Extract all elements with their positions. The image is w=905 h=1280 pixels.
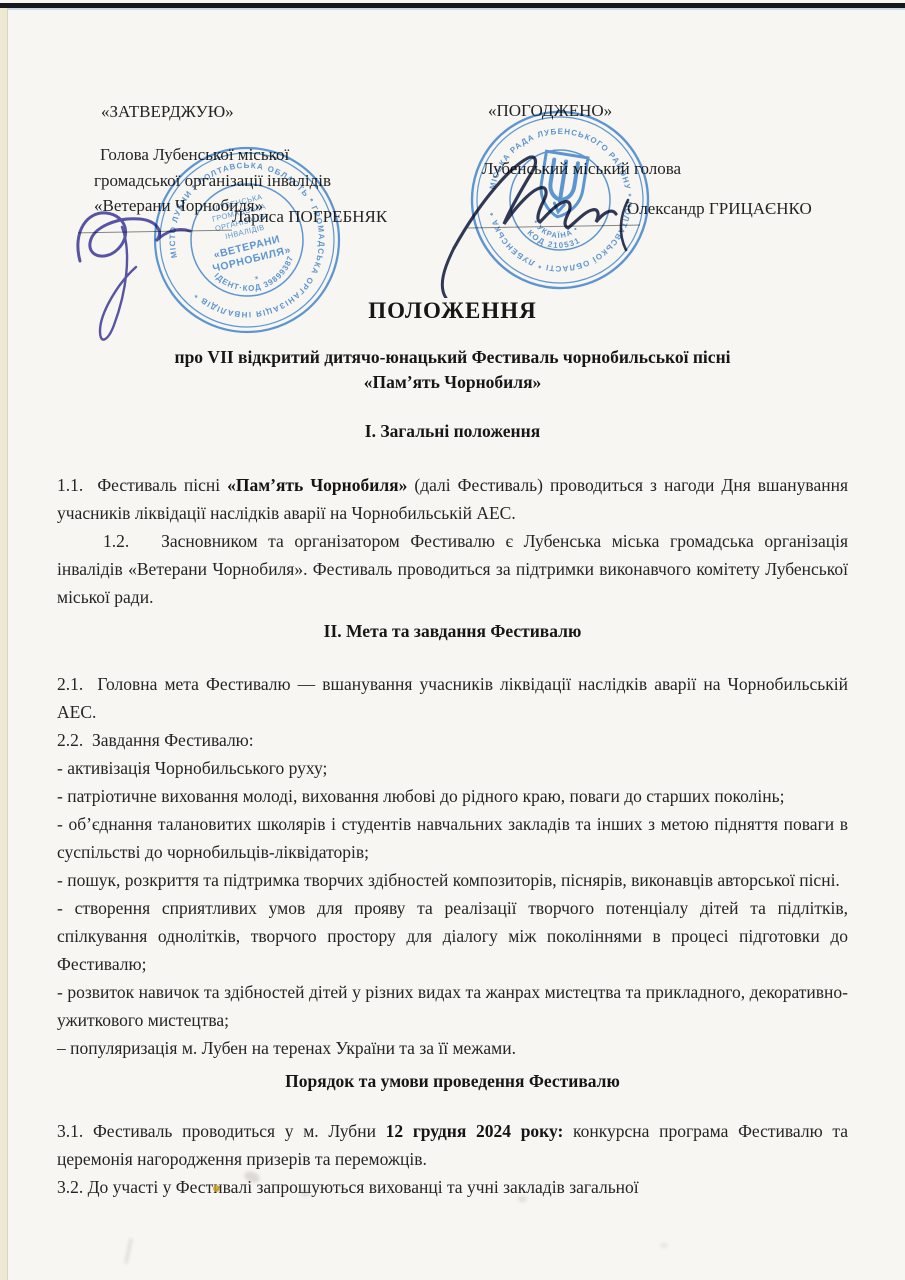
signature-hrytsaienko-icon bbox=[438, 128, 648, 298]
section-3-heading: Порядок та умови проведення Фестивалю bbox=[57, 1067, 848, 1095]
paragraph-3-2: 3.2. До участі у Фестивалі запрошуються … bbox=[57, 1173, 848, 1201]
scan-artifact bbox=[124, 1238, 132, 1264]
document-subtitle-line1: про VII відкритий дитячо-юнацький Фестив… bbox=[57, 345, 848, 370]
list-item: - пошук, розкриття та підтримка творчих … bbox=[57, 866, 848, 894]
list-item: - створення сприятливих умов для прояву … bbox=[57, 894, 848, 978]
approve-label: «ЗАТВЕРДЖУЮ» bbox=[101, 99, 234, 125]
section-2-heading: II. Мета та завдання Фестивалю bbox=[57, 617, 848, 645]
document-page: «ЗАТВЕРДЖУЮ» Голова Лубенської міської г… bbox=[0, 0, 905, 1280]
paragraph-1-1: 1.1. Фестиваль пісні «Пам’ять Чорнобиля»… bbox=[57, 471, 848, 527]
section-1-heading: I. Загальні положення bbox=[57, 417, 848, 445]
list-item: - патріотичне виховання молоді, вихованн… bbox=[57, 782, 848, 810]
paragraph-3-1: 3.1. Фестиваль проводиться у м. Лубни 12… bbox=[57, 1117, 848, 1173]
paragraph-2-1: 2.1. Головна мета Фестивалю — вшанування… bbox=[57, 670, 848, 726]
scan-artifact bbox=[213, 1185, 220, 1192]
page-title: ПОЛОЖЕННЯ bbox=[57, 297, 848, 325]
scan-artifact bbox=[660, 1243, 668, 1248]
agree-signer-name: Олександр ГРИЦАЄНКО bbox=[627, 196, 812, 222]
scan-edge-left bbox=[0, 8, 7, 1280]
paragraph-1-1-text: 1.1. Фестиваль пісні bbox=[57, 475, 227, 495]
list-item: - розвиток навичок та здібностей дітей у… bbox=[57, 978, 848, 1034]
list-item: - активізація Чорнобильського руху; bbox=[57, 754, 848, 782]
list-item: - об’єднання талановитих школярів і студ… bbox=[57, 810, 848, 866]
document-subtitle-line2: «Пам’ять Чорнобиля» bbox=[57, 370, 848, 395]
paragraph-1-1-bold: «Пам’ять Чорнобиля» bbox=[227, 475, 407, 495]
document-body: ПОЛОЖЕННЯ про VII відкритий дитячо-юнаць… bbox=[57, 297, 848, 1201]
paragraph-3-1-bold: 12 грудня 2024 року: bbox=[386, 1121, 564, 1141]
list-item: – популяризація м. Лубен на теренах Укра… bbox=[57, 1034, 848, 1062]
scan-artifact bbox=[300, 1190, 310, 1197]
paragraph-3-1-text: 3.1. Фестиваль проводиться у м. Лубни bbox=[57, 1121, 386, 1141]
paragraph-1-2: 1.2. Засновником та організатором Фестив… bbox=[57, 527, 848, 611]
scan-artifact bbox=[518, 1196, 527, 1202]
paragraph-2-2: 2.2. Завдання Фестивалю: bbox=[57, 726, 848, 754]
scan-edge-left-line bbox=[7, 8, 8, 1280]
scan-edge-top-highlight bbox=[0, 8, 905, 10]
